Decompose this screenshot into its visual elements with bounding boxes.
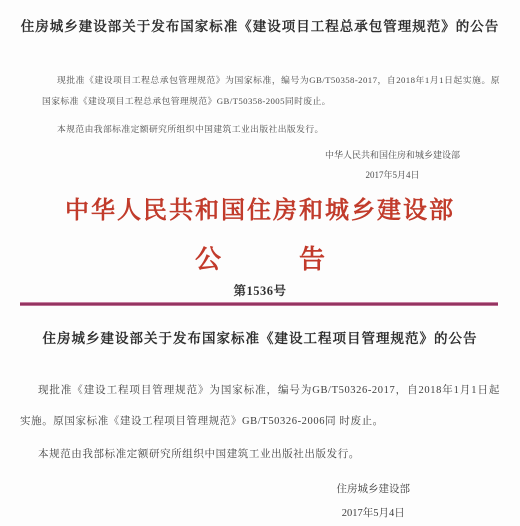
signature-org: 中华人民共和国住房和城乡建设部 (325, 149, 460, 161)
signature-date: 2017年5月4日 (337, 507, 411, 521)
signature-block-mohurd: 住房城乡建设部 2017年5月4日 (337, 483, 411, 521)
notice-title-project-management-standard: 住房城乡建设部关于发布国家标准《建设工程项目管理规范》的公告 (10, 327, 510, 347)
paragraph-approval-pm: 现批准《建设工程项目管理规范》为国家标准，编号为GB/T50326-2017，自… (20, 375, 500, 437)
ministry-letterhead: 中华人民共和国住房和城乡建设部 (0, 190, 520, 225)
notice-title-epc-standard: 住房城乡建设部关于发布国家标准《建设项目工程总承包管理规范》的公告 (10, 15, 510, 35)
paragraph-publisher-epc: 本规范由我部标准定额研究所组织中国建筑工业出版社出版发行。 (42, 119, 500, 140)
signature-org: 住房城乡建设部 (337, 483, 411, 497)
paragraph-approval-epc: 现批准《建设项目工程总承包管理规范》为国家标准，编号为GB/T50358-201… (42, 70, 500, 112)
signature-date: 2017年5月4日 (325, 169, 460, 181)
letterhead-divider-line (20, 302, 498, 306)
document-page: 住房城乡建设部关于发布国家标准《建设项目工程总承包管理规范》的公告 现批准《建设… (0, 0, 520, 526)
announcement-heading: 公 告 (0, 239, 520, 276)
signature-block-ministry: 中华人民共和国住房和城乡建设部 2017年5月4日 (325, 149, 460, 181)
paragraph-publisher-pm: 本规范由我部标准定额研究所组织中国建筑工业出版社出版发行。 (20, 439, 500, 470)
announcement-number: 第1536号 (0, 281, 520, 299)
